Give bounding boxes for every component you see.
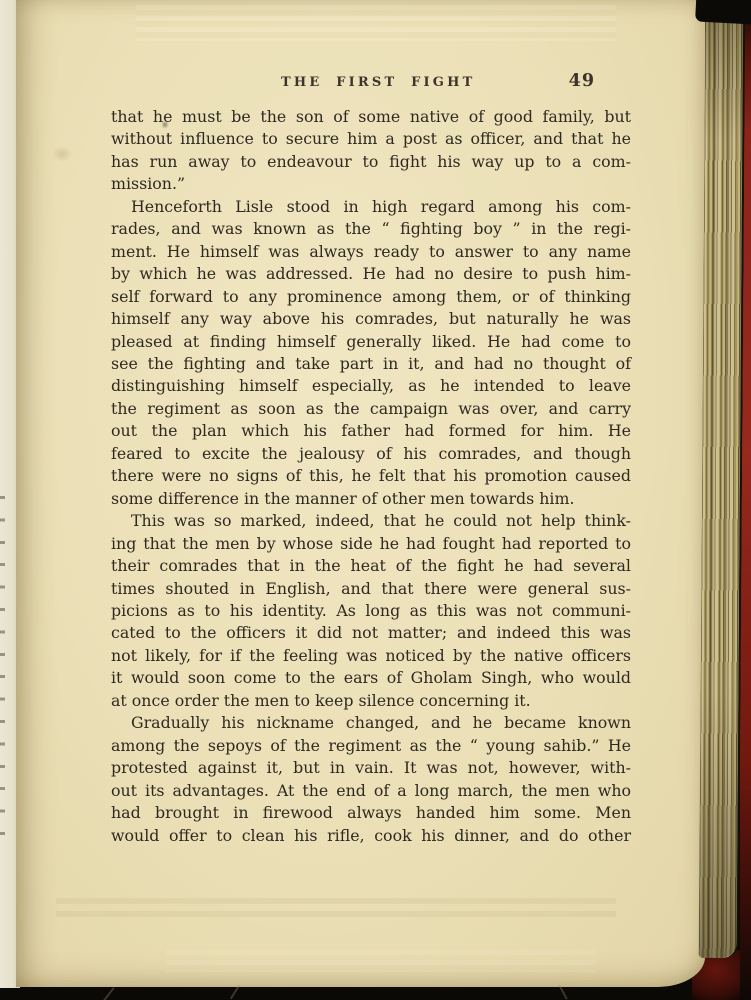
book-photo: THE FIRST FIGHT 49 that he must be the s… (0, 0, 751, 1000)
text-line: mission.” (111, 173, 631, 195)
margin-smudge (52, 146, 72, 162)
text-line: by which he was addressed. He had no des… (111, 263, 631, 285)
text-line: at once order the men to keep silence co… (111, 690, 631, 712)
text-line: the regiment as soon as the campaign was… (111, 398, 631, 420)
text-line: out the plan which his father had formed… (111, 420, 631, 442)
paragraph: Henceforth Lisle stood in high regard am… (111, 196, 631, 510)
text-line: there were no signs of this, he felt tha… (111, 465, 631, 487)
page-number: 49 (569, 71, 595, 91)
text-line: self forward to any prominence among the… (111, 286, 631, 308)
top-corner-shadow (695, 0, 751, 25)
surface-scratch (103, 987, 114, 1000)
text-line: distinguishing himself especially, as he… (111, 375, 631, 397)
text-line: out its advantages. At the end of a long… (111, 780, 631, 802)
scan-artifact-band (136, 5, 616, 41)
text-line: would offer to clean his rifle, cook his… (111, 825, 631, 847)
paragraph: that he must be the son of some native o… (111, 106, 631, 196)
text-line: has run away to endeavour to fight his w… (111, 151, 631, 173)
text-line: see the fighting and take part in it, an… (111, 353, 631, 375)
fore-edge-page-stack (699, 8, 746, 958)
text-line: among the sepoys of the regiment as the … (111, 735, 631, 757)
text-line: it would soon come to the ears of Gholam… (111, 667, 631, 689)
chapter-title: THE FIRST FIGHT (281, 75, 475, 90)
page-text: that he must be the son of some native o… (111, 106, 631, 847)
text-line: pleased at finding himself generally lik… (111, 331, 631, 353)
text-line: Henceforth Lisle stood in high regard am… (111, 196, 631, 218)
text-line: some difference in the manner of other m… (111, 488, 631, 510)
text-line: Gradually his nickname changed, and he b… (111, 712, 631, 734)
text-line: protested against it, but in vain. It wa… (111, 757, 631, 779)
text-line: not likely, for if the feeling was notic… (111, 645, 631, 667)
text-line: ment. He himself was always ready to ans… (111, 241, 631, 263)
book-page: THE FIRST FIGHT 49 that he must be the s… (16, 0, 705, 987)
text-line: ing that the men by whose side he had fo… (111, 533, 631, 555)
text-line: their comrades that in the heat of the f… (111, 555, 631, 577)
scan-artifact-band (166, 950, 596, 972)
text-line: without influence to secure him a post a… (111, 128, 631, 150)
text-line: This was so marked, indeed, that he coul… (111, 510, 631, 532)
running-header: THE FIRST FIGHT 49 (111, 73, 631, 95)
text-line: rades, and was known as the “ fighting b… (111, 218, 631, 240)
text-line: picions as to his identity. As long as t… (111, 600, 631, 622)
text-line: had brought in firewood always handed hi… (111, 802, 631, 824)
text-line: himself any way above his comrades, but … (111, 308, 631, 330)
facing-page-text-marks (0, 496, 5, 848)
paragraph: This was so marked, indeed, that he coul… (111, 510, 631, 712)
paragraph: Gradually his nickname changed, and he b… (111, 712, 631, 847)
text-line: that he must be the son of some native o… (111, 106, 631, 128)
text-line: times shouted in English, and that there… (111, 578, 631, 600)
text-line: cated to the officers it did not matter;… (111, 622, 631, 644)
text-line: feared to excite the jealousy of his com… (111, 443, 631, 465)
scan-artifact-band (56, 898, 616, 924)
